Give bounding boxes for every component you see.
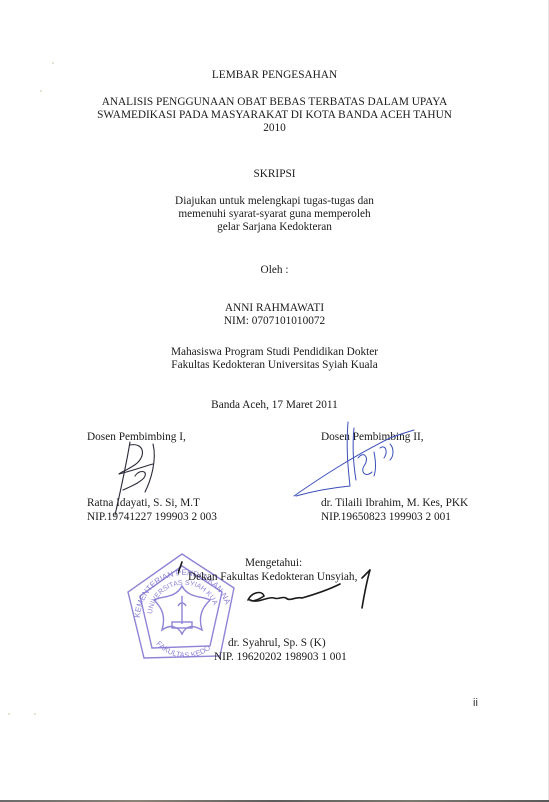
approval-role: Dekan Fakultas Kedokteran Unsyiah,	[188, 571, 357, 584]
scan-speck	[52, 62, 54, 64]
supervisor-1-nip: NIP.19741227 199903 2 003	[87, 511, 217, 524]
approval-nip: NIP. 19620202 198903 1 001	[214, 651, 347, 664]
thesis-title-line: SWAMEDIKASI PADA MASYARAKAT DI KOTA BAND…	[0, 109, 549, 122]
affiliation-line: Mahasiswa Program Studi Pendidikan Dokte…	[0, 346, 549, 359]
scan-speck	[40, 90, 42, 92]
author-name: ANNI RAHMAWATI	[0, 302, 549, 315]
author-block: ANNI RAHMAWATI NIM: 0707101010072	[0, 302, 549, 328]
purpose-line: Diajukan untuk melengkapi tugas-tugas da…	[0, 195, 549, 208]
svg-text:FAKULTAS KEDOKTERAN: FAKULTAS KEDOKTERAN	[122, 548, 212, 660]
by-label: Oleh :	[0, 264, 549, 277]
approval-name: dr. Syahrul, Sp. S (K)	[228, 637, 326, 650]
supervisor-2-signature-icon	[290, 418, 420, 498]
author-nim: NIM: 0707101010072	[0, 315, 549, 328]
purpose-line: gelar Sarjana Kedokteran	[0, 221, 549, 234]
place-date: Banda Aceh, 17 Maret 2011	[0, 399, 549, 412]
scan-speck	[8, 713, 10, 715]
supervisor-2-nip: NIP.19650823 199903 2 001	[321, 511, 451, 524]
supervisor-2-role: Dosen Pembimbing II,	[321, 431, 424, 444]
supervisor-1-name: Ratna Idayati, S. Si, M.T	[87, 497, 200, 510]
affiliation-line: Fakultas Kedokteran Universitas Syiah Ku…	[0, 359, 549, 372]
purpose-statement: Diajukan untuk melengkapi tugas-tugas da…	[0, 195, 549, 234]
page-heading: LEMBAR PENGESAHAN	[0, 69, 549, 82]
affiliation: Mahasiswa Program Studi Pendidikan Dokte…	[0, 346, 549, 372]
page-number: ii	[473, 697, 478, 709]
document-page: LEMBAR PENGESAHAN ANALISIS PENGGUNAAN OB…	[0, 0, 549, 800]
approval-label: Mengetahui:	[245, 557, 302, 570]
purpose-line: memenuhi syarat-syarat guna memperoleh	[0, 208, 549, 221]
scan-speck	[34, 713, 36, 715]
document-type: SKRIPSI	[0, 168, 549, 181]
thesis-title: ANALISIS PENGGUNAAN OBAT BEBAS TERBATAS …	[0, 96, 549, 135]
thesis-title-line: ANALISIS PENGGUNAAN OBAT BEBAS TERBATAS …	[0, 96, 549, 109]
thesis-title-line: 2010	[0, 122, 549, 135]
faculty-stamp-icon: KEMENTERIAN PENDIDIKAN NASIONAL UNIVERSI…	[122, 548, 242, 668]
supervisor-2-name: dr. Tilaili Ibrahim, M. Kes, PKK	[321, 497, 468, 510]
supervisor-1-role: Dosen Pembimbing I,	[87, 431, 186, 444]
